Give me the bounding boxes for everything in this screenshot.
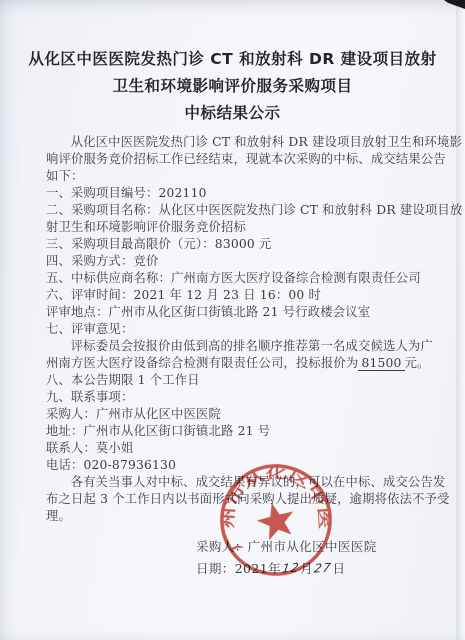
body-line: 采购人：广州市从化区中医医院 [46, 406, 447, 423]
title-line-1: 从化区中医医院发热门诊 CT 和放射科 DR 建设项目放射 [28, 46, 437, 73]
paper-edge [456, 0, 465, 640]
body-line: 评审地点：广州市从化区街口街镇北路 21 号行政楼会议室 [46, 304, 447, 321]
body-line: 九、联系事项： [46, 389, 447, 406]
body-line: 八、本公告期限 1 个工作日 [46, 372, 447, 389]
body-line: 联系人：莫小姐 [46, 440, 447, 457]
bid-line-pre: 州南方医大医疗设备综合检测有限责任公司，投标报价为 [46, 356, 358, 370]
scanned-document: 从化区中医医院发热门诊 CT 和放射科 DR 建设项目放射 卫生和环境影响评价服… [0, 0, 465, 640]
seal-star-icon [254, 498, 299, 542]
body-line: 如下： [46, 168, 447, 185]
document-title: 从化区中医医院发热门诊 CT 和放射科 DR 建设项目放射 卫生和环境影响评价服… [28, 46, 437, 127]
body-line: 七、评审意见： [46, 321, 447, 338]
body-line: 三、采购项目最高限价（元）：83000 元 [46, 236, 447, 253]
body-line: 六、评审时间：2021 年 12 月 23 日 16：00 时 [46, 287, 447, 304]
title-line-2: 卫生和环境影响评价服务采购项目 [28, 73, 437, 100]
scan-corner-mark [444, 0, 465, 9]
body-line: 评标委员会按报价由低到高的排名顺序推荐第一名成交候选人为广 [46, 338, 447, 355]
body-line: 四、采购方式：竞价 [46, 253, 447, 270]
bid-price-underlined: 81500 [358, 356, 404, 371]
bid-line-post: 元。 [405, 356, 430, 370]
body-line: 响评价服务竞价招标工作已经结束，现就本次采购的中标、成交结果公告 [46, 151, 447, 168]
body-line: 一、采购项目编号：202110 [46, 185, 447, 202]
body-line: 州南方医大医疗设备综合检测有限责任公司，投标报价为81500元。 [46, 355, 447, 372]
title-line-3: 中标结果公示 [28, 100, 437, 127]
body-line: 射卫生和环境影响评价服务竞价招标 [46, 219, 447, 236]
body-line: 地址：广州市从化区街口街镇北路 21 号 [46, 423, 447, 440]
body-line: 二、采购项目名称：从化区中医医院发热门诊 CT 和放射科 DR 建设项目放 [46, 202, 447, 219]
body-line: 五、中标供应商名称：广州南方医大医疗设备综合检测有限责任公司 [46, 270, 447, 287]
body-line: 从化区中医医院发热门诊 CT 和放射科 DR 建设项目放射卫生和环境影 [46, 134, 447, 151]
